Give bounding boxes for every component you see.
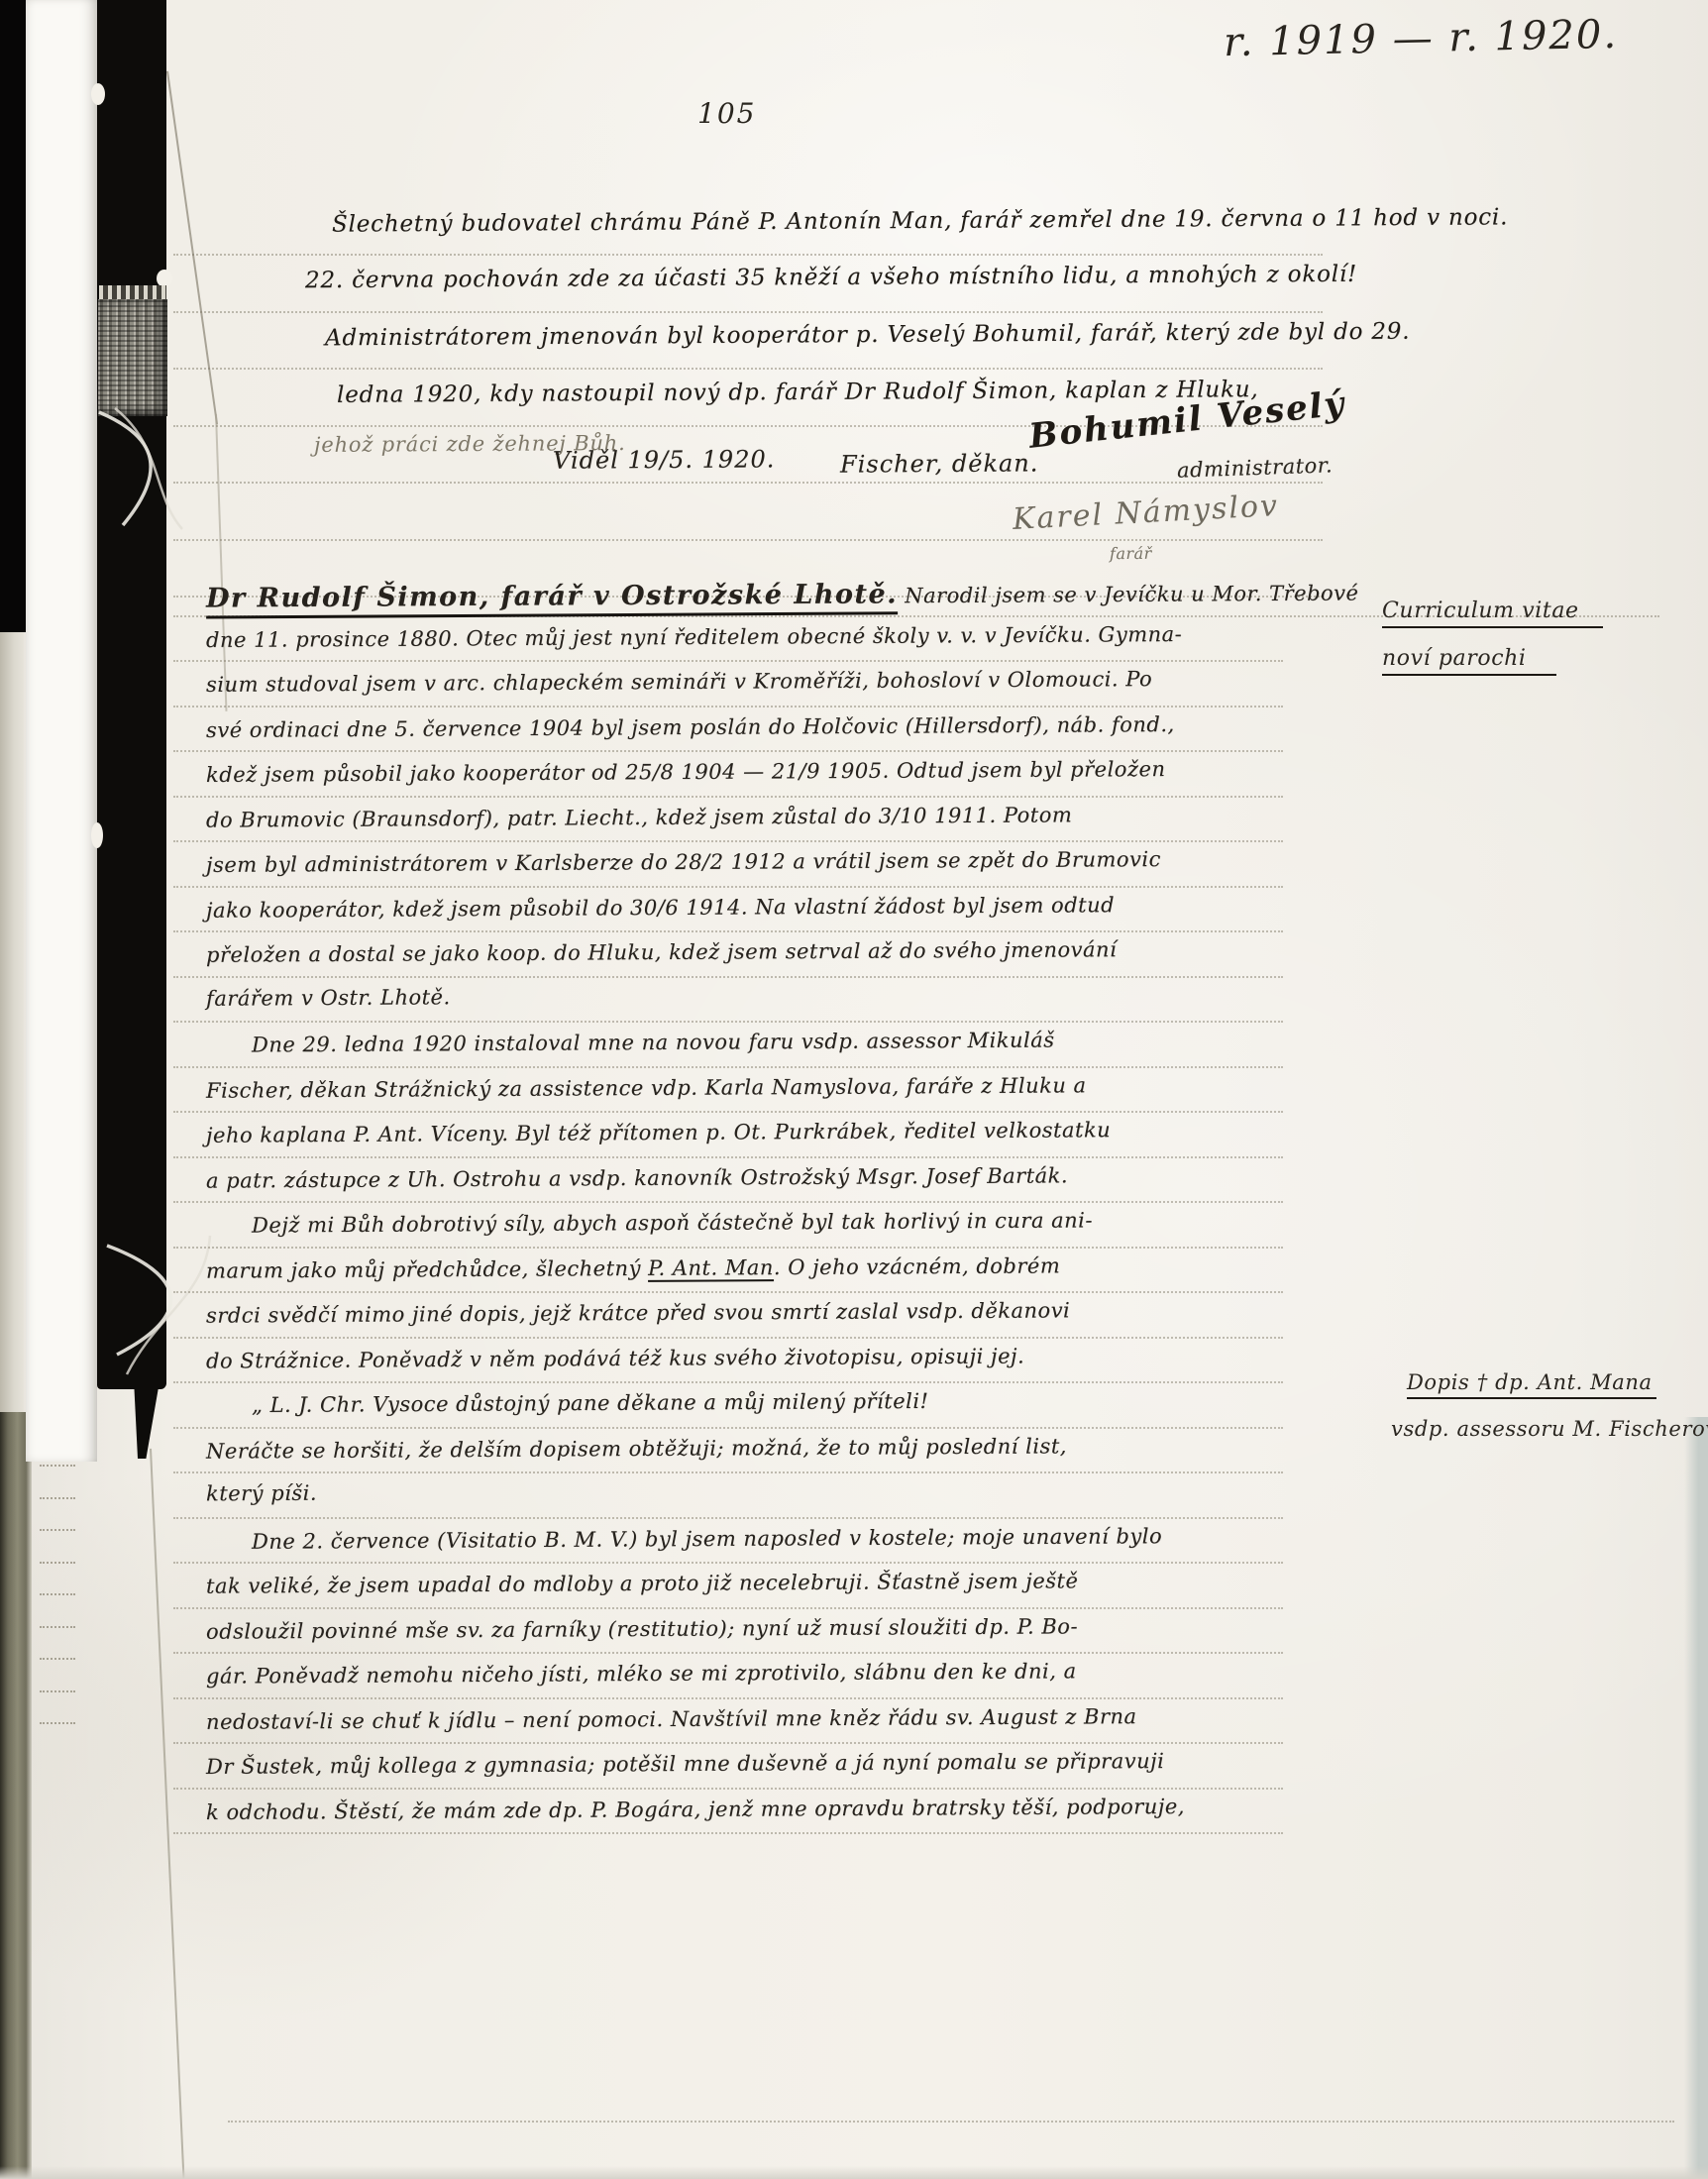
- text-run: do Strážnice. Poněvadž v něm podává též …: [206, 1344, 1024, 1372]
- chronicle-line: nedostaví-li se chuť k jídlu – není pomo…: [206, 1704, 1137, 1734]
- text-run: Dne 2. července (Visitatio B. M. V.) byl…: [252, 1524, 1162, 1554]
- signature-priest: Karel Námyslov: [1012, 489, 1280, 537]
- intro-line: Šlechetný budovatel chrámu Páně P. Anton…: [332, 204, 1508, 237]
- chronicle-line: své ordinaci dne 5. července 1904 byl js…: [206, 712, 1175, 742]
- signature-dean: Fischer, děkan.: [840, 449, 1039, 478]
- chronicle-line: do Strážnice. Poněvadž v něm podává též …: [206, 1344, 1024, 1372]
- ruled-line: [173, 254, 1323, 256]
- binding-tear-notch: [91, 83, 105, 105]
- year-range-heading: r. 1919 — r. 1920.: [1224, 12, 1619, 65]
- text-run: který píši.: [206, 1481, 317, 1506]
- text-run: odsloužil povinné mše sv. za farníky (re…: [206, 1614, 1078, 1643]
- text-run: Dejž mi Bůh dobrotivý síly, abych aspoň …: [252, 1208, 1093, 1237]
- text-run: jsem byl administrátorem v Karlsberze do…: [206, 847, 1161, 877]
- text-run: Dr Šustek, můj kollega z gymnasia; potěš…: [206, 1749, 1164, 1779]
- text-run: Narodil jsem se v Jevíčku u Mor. Třebové: [898, 581, 1359, 607]
- text-run: své ordinaci dne 5. července 1904 byl js…: [206, 712, 1175, 742]
- chronicle-line: Dr Rudolf Šimon, farář v Ostrožské Lhotě…: [206, 576, 1359, 613]
- ruled-line: [173, 1742, 1283, 1744]
- chronicle-line: do Brumovic (Braunsdorf), patr. Liecht.,…: [206, 803, 1072, 831]
- margin-note-letter: Dopis † dp. Ant. Mana: [1407, 1370, 1656, 1399]
- text-run: a patr. zástupce z Uh. Ostrohu a vsdp. k…: [206, 1163, 1068, 1192]
- ruled-line: [173, 1201, 1283, 1203]
- ruled-line: [173, 1607, 1283, 1609]
- binding-threads-upper: [91, 404, 200, 533]
- ruled-line: [40, 1658, 75, 1660]
- chronicle-line: jsem byl administrátorem v Karlsberze do…: [206, 847, 1161, 877]
- underlined-phrase: Dr Rudolf Šimon, farář v Ostrožské Lhotě…: [206, 579, 898, 618]
- ruled-line: [173, 840, 1283, 842]
- priest-title: farář: [1110, 544, 1152, 563]
- ruled-line: [173, 1427, 1283, 1429]
- chronicle-line: a patr. zástupce z Uh. Ostrohu a vsdp. k…: [206, 1163, 1068, 1192]
- text-run: kdež jsem působil jako kooperátor od 25/…: [206, 757, 1166, 787]
- ruled-line: [173, 796, 1283, 798]
- ruled-line: [173, 1652, 1283, 1654]
- ruled-line: [173, 1832, 1283, 1834]
- text-run: tak veliké, že jsem upadal do mdloby a p…: [206, 1569, 1078, 1597]
- intro-line: 22. června pochován zde za účasti 35 kně…: [305, 262, 1357, 293]
- text-run: gár. Poněvadž nemohu ničeho jísti, mléko…: [206, 1659, 1077, 1688]
- chronicle-line: farářem v Ostr. Lhotě.: [206, 985, 451, 1011]
- chronicle-line: sium studoval jsem v arc. chlapeckém sem…: [206, 667, 1152, 697]
- underlined-phrase: P. Ant. Man: [648, 1255, 774, 1282]
- text-run: nedostaví-li se chuť k jídlu – není pomo…: [206, 1704, 1137, 1734]
- ruled-line: [173, 976, 1283, 978]
- chronicle-line: tak veliké, že jsem upadal do mdloby a p…: [206, 1569, 1078, 1597]
- binding-tape-tip: [129, 1387, 159, 1459]
- chronicle-line: Neráčte se horšiti, že delším dopisem ob…: [206, 1434, 1067, 1463]
- text-run: dne 11. prosince 1880. Otec můj jest nyn…: [206, 621, 1182, 651]
- ruled-line: [173, 311, 1323, 313]
- ruled-line: [173, 1291, 1283, 1293]
- margin-note-curriculum-vitae-2: noví parochi: [1382, 646, 1556, 676]
- binding-tape-band: [97, 0, 166, 1389]
- intro-line: ledna 1920, kdy nastoupil nový dp. farář…: [337, 377, 1259, 408]
- ruled-line: [173, 660, 1283, 662]
- ruled-line: [173, 1156, 1283, 1158]
- chronicle-line: srdci svědčí mimo jiné dopis, jejž krátc…: [206, 1298, 1070, 1327]
- binding-fabric-fringe: [99, 285, 166, 299]
- text-run: do Brumovic (Braunsdorf), patr. Liecht.,…: [206, 803, 1072, 831]
- seen-note: Viděl 19/5. 1920.: [553, 445, 775, 474]
- chronicle-line: odsloužil povinné mše sv. za farníky (re…: [206, 1614, 1078, 1643]
- ruled-line: [173, 1471, 1283, 1473]
- ruled-line: [173, 482, 1323, 484]
- chronicle-line: Dejž mi Bůh dobrotivý síly, abych aspoň …: [252, 1208, 1093, 1237]
- scan-edge-black-strip: [0, 0, 26, 632]
- chronicle-line: „ L. J. Chr. Vysoce důstojný pane děkane…: [252, 1389, 929, 1417]
- text-run: . O jeho vzácném, dobrém: [774, 1253, 1061, 1279]
- text-run: srdci svědčí mimo jiné dopis, jejž krátc…: [206, 1298, 1070, 1327]
- ruled-line: [173, 1562, 1283, 1564]
- page-number: 105: [697, 97, 756, 130]
- text-run: Neráčte se horšiti, že delším dopisem ob…: [206, 1434, 1067, 1463]
- text-run: jeho kaplana P. Ant. Víceny. Byl též pří…: [206, 1118, 1111, 1147]
- ruled-line: [173, 1697, 1283, 1699]
- chronicle-line: kdež jsem působil jako kooperátor od 25/…: [206, 757, 1166, 787]
- chronicle-line: dne 11. prosince 1880. Otec můj jest nyn…: [206, 621, 1182, 651]
- ruled-line: [173, 1066, 1283, 1068]
- text-run: „ L. J. Chr. Vysoce důstojný pane děkane…: [252, 1389, 929, 1417]
- ruled-line: [173, 886, 1283, 888]
- ruled-line: [228, 2121, 1674, 2123]
- chronicle-line: Dr Šustek, můj kollega z gymnasia; potěš…: [206, 1749, 1164, 1779]
- scan-bottom-edge: [0, 2166, 1708, 2179]
- text-run: přeložen a dostal se jako koop. do Hluku…: [206, 937, 1117, 967]
- chronicle-line: gár. Poněvadž nemohu ničeho jísti, mléko…: [206, 1659, 1077, 1688]
- ruled-line: [40, 1465, 75, 1467]
- ruled-line: [173, 1247, 1283, 1249]
- chronicle-line: Dne 29. ledna 1920 instaloval mne na nov…: [252, 1029, 1055, 1057]
- intro-line: Administrátorem jmenován byl kooperátor …: [325, 319, 1410, 352]
- chronicle-line: marum jako můj předchůdce, šlechetný P. …: [206, 1253, 1060, 1282]
- paper-crease: [150, 1449, 185, 2179]
- ruled-line: [173, 368, 1323, 370]
- administrator-title: administrator.: [1177, 453, 1334, 482]
- chronicle-line: Dne 2. července (Visitatio B. M. V.) byl…: [252, 1524, 1162, 1554]
- ruled-line: [173, 539, 1323, 541]
- text-run: marum jako můj předchůdce, šlechetný: [206, 1255, 648, 1282]
- chronicle-line: Fischer, děkan Strážnický za assistence …: [206, 1073, 1087, 1102]
- scanned-chronicle-page: r. 1919 — r. 1920. 105 Šlechetný budovat…: [0, 0, 1708, 2179]
- ruled-line: [173, 750, 1283, 752]
- chronicle-line: který píši.: [206, 1481, 317, 1506]
- margin-note-letter-2: vsdp. assessoru M. Fischerovi.: [1391, 1417, 1708, 1441]
- paper-crease: [166, 71, 218, 425]
- scan-edge-pale-strip: [0, 632, 24, 1415]
- text-run: sium studoval jsem v arc. chlapeckém sem…: [206, 667, 1152, 697]
- chronicle-line: přeložen a dostal se jako koop. do Hluku…: [206, 937, 1117, 967]
- ruled-line: [40, 1593, 75, 1595]
- binding-tear-notch: [91, 822, 103, 848]
- text-run: k odchodu. Štěstí, že mám zde dp. P. Bog…: [206, 1794, 1185, 1823]
- ruled-line: [173, 706, 1283, 708]
- chronicle-line: jeho kaplana P. Ant. Víceny. Byl též pří…: [206, 1118, 1111, 1147]
- text-run: Dne 29. ledna 1920 instaloval mne na nov…: [252, 1029, 1055, 1057]
- ruled-line: [173, 1788, 1283, 1790]
- ruled-line: [40, 1722, 75, 1724]
- ruled-line: [173, 1021, 1283, 1023]
- ruled-line: [173, 1381, 1283, 1383]
- chronicle-line: jako kooperátor, kdež jsem působil do 30…: [206, 893, 1115, 923]
- ruled-line: [173, 1111, 1283, 1113]
- book-spine-edge: [0, 1412, 32, 2179]
- ruled-line: [40, 1529, 75, 1531]
- paper-crease: [215, 414, 227, 711]
- ruled-line: [40, 1562, 75, 1564]
- ruled-line: [173, 930, 1283, 932]
- ruled-line: [173, 1337, 1283, 1339]
- margin-note-curriculum-vitae: Curriculum vitae: [1382, 599, 1603, 628]
- ruled-line: [173, 1517, 1283, 1519]
- text-run: farářem v Ostr. Lhotě.: [206, 985, 451, 1011]
- ruled-line: [40, 1690, 75, 1692]
- ruled-line: [40, 1497, 75, 1499]
- text-run: jako kooperátor, kdež jsem působil do 30…: [206, 893, 1115, 923]
- binding-fabric-texture: [98, 299, 167, 416]
- torn-paper-edge: [26, 0, 97, 1462]
- scan-right-edge: [1684, 1417, 1708, 2179]
- chronicle-line: k odchodu. Štěstí, že mám zde dp. P. Bog…: [206, 1794, 1185, 1823]
- ruled-line: [40, 1626, 75, 1628]
- binding-threads-lower: [95, 1224, 214, 1387]
- text-run: Fischer, děkan Strážnický za assistence …: [206, 1073, 1087, 1102]
